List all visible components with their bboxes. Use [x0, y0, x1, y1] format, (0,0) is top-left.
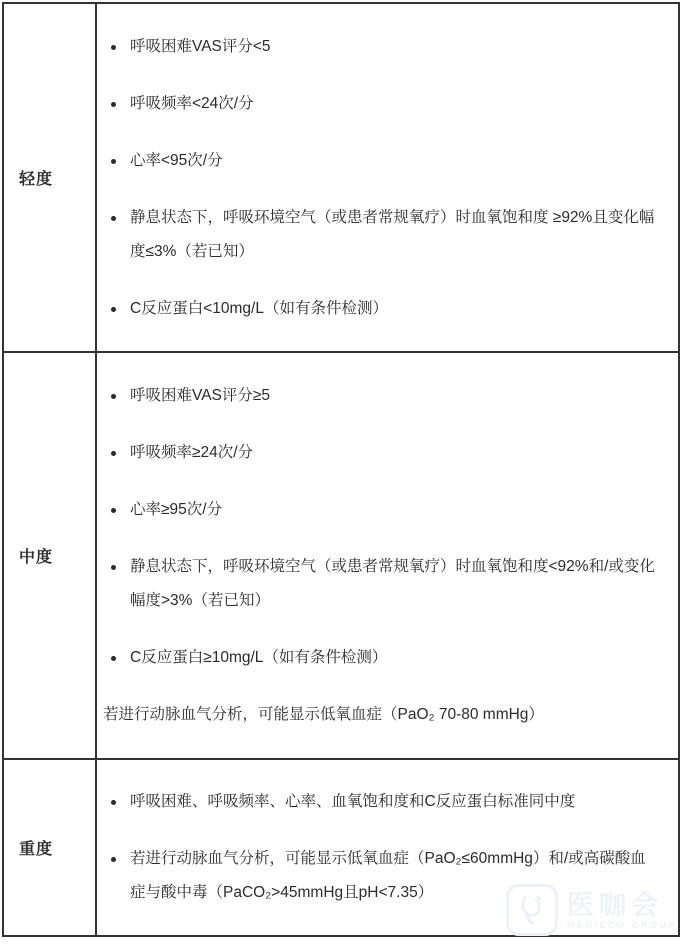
- list-item: 呼吸困难VAS评分<5: [103, 30, 658, 64]
- table-row-moderate: 中度 呼吸困难VAS评分≥5 呼吸频率≥24次/分 心率≥95次/分 静息状态下…: [3, 352, 679, 759]
- criteria-list: 呼吸困难VAS评分<5 呼吸频率<24次/分 心率<95次/分 静息状态下，呼吸…: [103, 30, 658, 326]
- list-item: C反应蛋白<10mg/L（如有条件检测）: [103, 292, 658, 326]
- criteria-cell-mild: 呼吸困难VAS评分<5 呼吸频率<24次/分 心率<95次/分 静息状态下，呼吸…: [96, 3, 679, 352]
- criteria-list: 呼吸困难VAS评分≥5 呼吸频率≥24次/分 心率≥95次/分 静息状态下，呼吸…: [103, 379, 658, 675]
- table-row-severe: 重度 呼吸困难、呼吸频率、心率、血氧饱和度和C反应蛋白标准同中度 若进行动脉血气…: [3, 759, 679, 936]
- list-item: 呼吸频率<24次/分: [103, 87, 658, 121]
- list-item: 心率<95次/分: [103, 144, 658, 178]
- severity-label-mild: 轻度: [3, 3, 96, 352]
- severity-table: 轻度 呼吸困难VAS评分<5 呼吸频率<24次/分 心率<95次/分 静息状态下…: [2, 2, 680, 937]
- list-item: 呼吸困难VAS评分≥5: [103, 379, 658, 413]
- list-item: 若进行动脉血气分析，可能显示低氧血症（PaO₂≤60mmHg）和/或高碳酸血症与…: [103, 842, 658, 910]
- list-item: 呼吸困难、呼吸频率、心率、血氧饱和度和C反应蛋白标准同中度: [103, 785, 658, 819]
- list-item: 静息状态下，呼吸环境空气（或患者常规氧疗）时血氧饱和度<92%和/或变化幅度>3…: [103, 550, 658, 618]
- severity-label-severe: 重度: [3, 759, 96, 936]
- list-item: 呼吸频率≥24次/分: [103, 436, 658, 470]
- criteria-list: 呼吸困难、呼吸频率、心率、血氧饱和度和C反应蛋白标准同中度 若进行动脉血气分析，…: [103, 785, 658, 910]
- blood-gas-note: 若进行动脉血气分析，可能显示低氧血症（PaO₂ 70-80 mmHg）: [103, 698, 658, 732]
- criteria-cell-moderate: 呼吸困难VAS评分≥5 呼吸频率≥24次/分 心率≥95次/分 静息状态下，呼吸…: [96, 352, 679, 759]
- list-item: 心率≥95次/分: [103, 493, 658, 527]
- table-row-mild: 轻度 呼吸困难VAS评分<5 呼吸频率<24次/分 心率<95次/分 静息状态下…: [3, 3, 679, 352]
- list-item: 静息状态下，呼吸环境空气（或患者常规氧疗）时血氧饱和度 ≥92%且变化幅度≤3%…: [103, 201, 658, 269]
- list-item: C反应蛋白≥10mg/L（如有条件检测）: [103, 641, 658, 675]
- severity-label-moderate: 中度: [3, 352, 96, 759]
- criteria-cell-severe: 呼吸困难、呼吸频率、心率、血氧饱和度和C反应蛋白标准同中度 若进行动脉血气分析，…: [96, 759, 679, 936]
